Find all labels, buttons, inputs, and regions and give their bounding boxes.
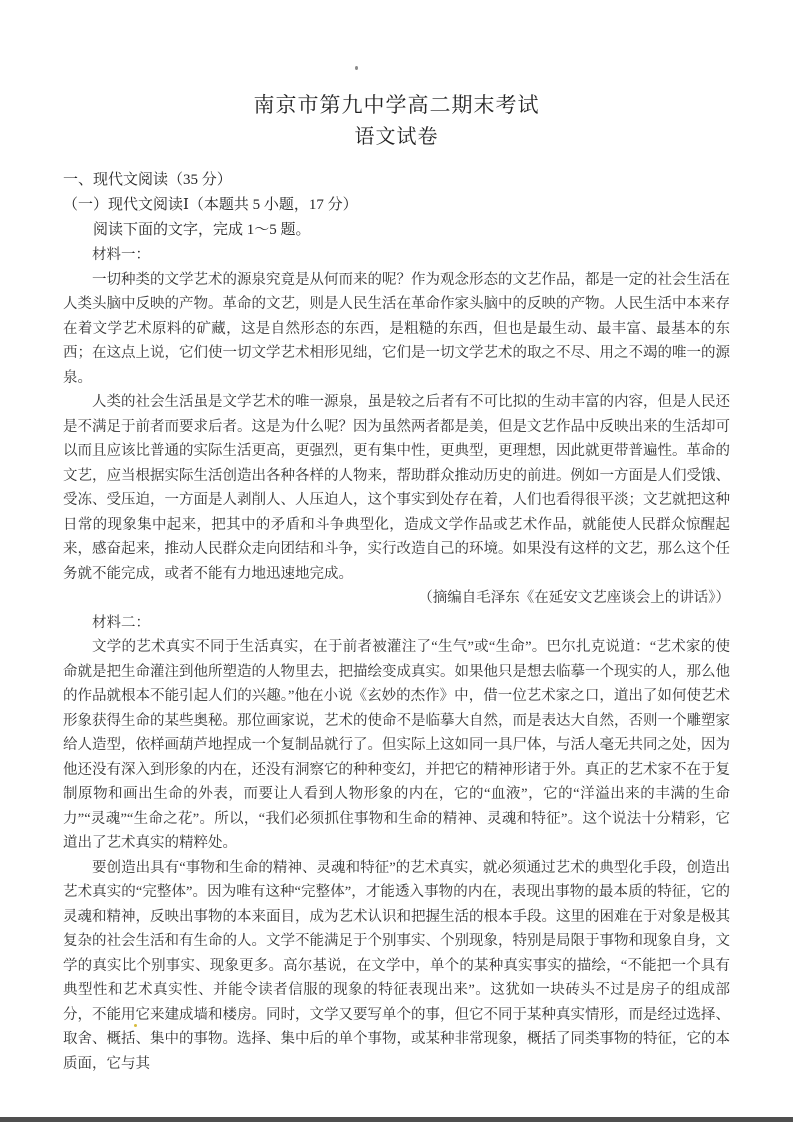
exam-subtitle: 语文试卷 <box>63 122 730 152</box>
material-1-attribution: （摘编自毛泽东《在延安文艺座谈会上的讲话》） <box>63 586 730 611</box>
subsection-heading-reading-1: （一）现代文阅读Ⅰ（本题共 5 小题，17 分） <box>63 193 730 218</box>
scan-speck-dark <box>355 66 358 70</box>
exam-title: 南京市第九中学高二期末考试 <box>63 90 730 120</box>
material-1-paragraph-1: 一切种类的文学艺术的源泉究竟是从何而来的呢？作为观念形态的文艺作品，都是一定的社… <box>63 268 730 391</box>
material-2-paragraph-2: 要创造出具有“事物和生命的精神、灵魂和特征”的艺术真实，就必须通过艺术的典型化手… <box>63 856 730 1077</box>
section-heading-modern-reading: 一、现代文阅读（35 分） <box>63 168 730 193</box>
exam-paper-page: 南京市第九中学高二期末考试 语文试卷 一、现代文阅读（35 分） （一）现代文阅… <box>0 0 793 1076</box>
material-1-paragraph-2: 人类的社会生活虽是文学艺术的唯一源泉，虽是较之后者有不可比拟的生动丰富的内容，但… <box>63 390 730 586</box>
reading-instruction: 阅读下面的文字，完成 1～5 题。 <box>63 218 730 243</box>
material-2-paragraph-1: 文学的艺术真实不同于生活真实，在于前者被灌注了“生气”或“生命”。巴尔扎克说道：… <box>63 635 730 856</box>
window-bottom-edge <box>0 1117 793 1122</box>
material-2-label: 材料二： <box>63 611 730 636</box>
scan-speck-yellow <box>134 1024 137 1027</box>
material-1-label: 材料一： <box>63 243 730 268</box>
